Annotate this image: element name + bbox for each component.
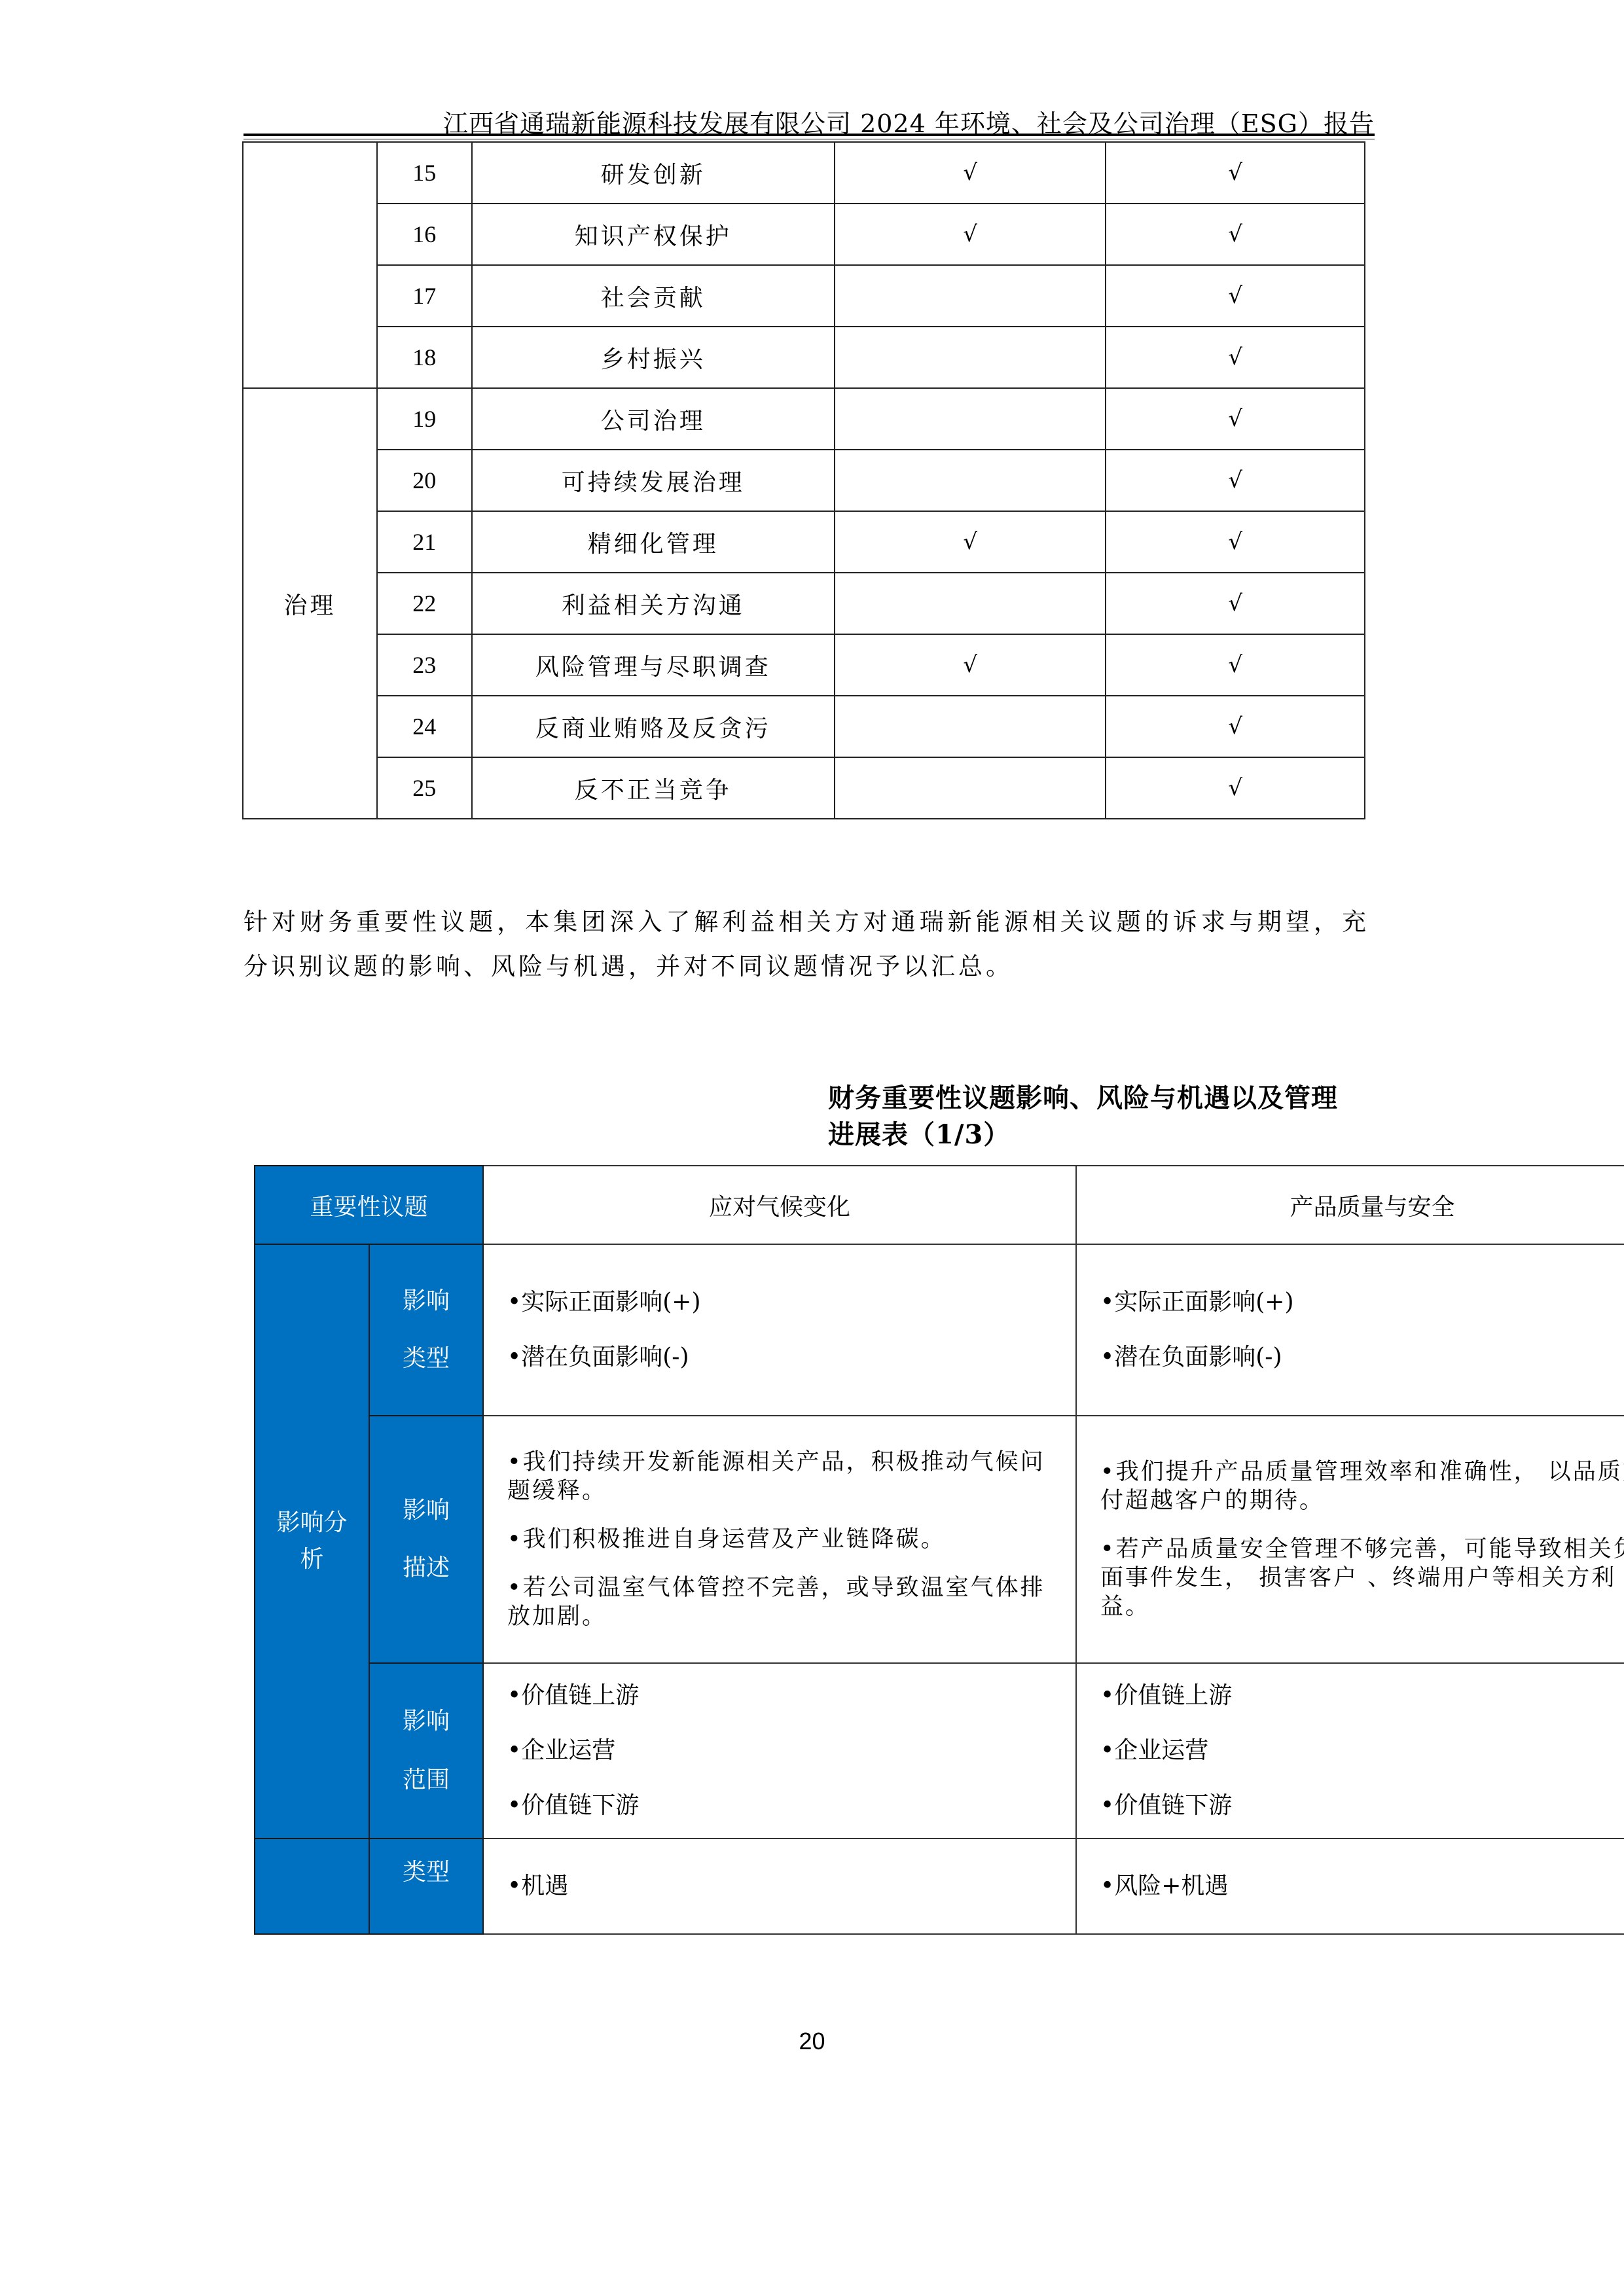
check-mark: √ [1106,142,1365,204]
topic-number: 24 [377,696,472,757]
check-mark [835,450,1106,511]
check-mark: √ [1106,204,1365,265]
table-row: 16 知识产权保护 √ √ [243,204,1365,265]
row-label-line: 影响 [370,1692,482,1751]
table-row: 24 反商业贿赂及反贪污 √ [243,696,1365,757]
bullet-item: •企业运营 [507,1736,1066,1765]
caption-line-1: 财务重要性议题影响、风险与机遇以及管理 [828,1080,1338,1117]
cell-climate-impact-description: •我们持续开发新能源相关产品，积极推动气候问题缓释。 •我们积极推进自身运营及产… [483,1416,1076,1663]
check-mark: √ [1106,511,1365,573]
table-row: 22 利益相关方沟通 √ [243,573,1365,634]
page-number: 20 [0,2028,1624,2055]
row-label-line: 影响 [370,1482,482,1539]
caption-line-2: 进展表（1/3） [828,1117,1338,1153]
topic-number: 23 [377,634,472,696]
table-row-type: 类型 •机遇 •风险+机遇 [255,1839,1624,1934]
topic-number: 20 [377,450,472,511]
topic-name: 知识产权保护 [472,204,835,265]
topic-number: 16 [377,204,472,265]
group-label-impact-analysis: 影响分析 [255,1244,369,1839]
topic-name: 社会贡献 [472,265,835,327]
row-label-type: 类型 [369,1839,483,1934]
body-paragraph: 针对财务重要性议题，本集团深入了解利益相关方对通瑞新能源相关议题的诉求与期望，充… [244,900,1369,989]
bullet-item: •风险+机遇 [1100,1872,1624,1901]
check-mark: √ [1106,450,1365,511]
cell-quality-type: •风险+机遇 [1076,1839,1624,1934]
check-mark: √ [1106,634,1365,696]
topic-number: 22 [377,573,472,634]
table-row: 20 可持续发展治理 √ [243,450,1365,511]
category-cell-governance: 治理 [243,388,377,819]
check-mark: √ [1106,327,1365,388]
topic-name: 反不正当竞争 [472,757,835,819]
bullet-item: •实际正面影响(+) [1100,1288,1624,1317]
table-row: 25 反不正当竞争 √ [243,757,1365,819]
check-mark [835,265,1106,327]
check-mark: √ [1106,573,1365,634]
table-row: 治理 19 公司治理 √ [243,388,1365,450]
header-label: 重要性议题 [255,1166,483,1244]
bullet-item: •实际正面影响(+) [507,1288,1066,1317]
topic-name: 公司治理 [472,388,835,450]
table-row: 18 乡村振兴 √ [243,327,1365,388]
check-mark: √ [1106,388,1365,450]
bullet-item: •价值链下游 [1100,1791,1624,1820]
bullet-item: •价值链上游 [1100,1681,1624,1710]
header-rule-thin [244,139,1375,139]
row-label-impact-scope: 影响 范围 [369,1663,483,1839]
check-mark [835,327,1106,388]
check-mark [835,696,1106,757]
row-label-impact-description: 影响 描述 [369,1416,483,1663]
bullet-item: •机遇 [507,1872,1066,1901]
topic-name: 研发创新 [472,142,835,204]
bullet-item: •潜在负面影响(-) [1100,1343,1624,1372]
category-cell-social [243,142,377,388]
table-row-impact-type: 影响分析 影响 类型 •实际正面影响(+) •潜在负面影响(-) •实际正面影响… [255,1244,1624,1416]
topic-number: 25 [377,757,472,819]
table-caption: 财务重要性议题影响、风险与机遇以及管理 进展表（1/3） [828,1080,1338,1153]
cell-quality-impact-type: •实际正面影响(+) •潜在负面影响(-) [1076,1244,1624,1416]
check-mark: √ [1106,265,1365,327]
topic-number: 18 [377,327,472,388]
bullet-item: •价值链上游 [507,1681,1066,1710]
topic-name: 精细化管理 [472,511,835,573]
topic-name: 利益相关方沟通 [472,573,835,634]
column-header-quality: 产品质量与安全 [1076,1166,1624,1244]
row-label-line: 范围 [370,1751,482,1810]
cell-quality-impact-description: •我们提升产品质量管理效率和准确性， 以品质交付超越客户的期待。 •若产品质量安… [1076,1416,1624,1663]
header-row: 重要性议题 应对气候变化 产品质量与安全 [255,1166,1624,1244]
cell-climate-type: •机遇 [483,1839,1076,1934]
material-topics-table: 15 研发创新 √ √ 16 知识产权保护 √ √ 17 社会贡献 √ 18 乡… [242,141,1365,819]
financial-materiality-table: 重要性议题 应对气候变化 产品质量与安全 影响分析 影响 类型 •实际正面影响(… [254,1165,1624,1935]
check-mark: √ [1106,757,1365,819]
table-row: 17 社会贡献 √ [243,265,1365,327]
bullet-item: •我们积极推进自身运营及产业链降碳。 [507,1525,1066,1554]
column-header-climate: 应对气候变化 [483,1166,1076,1244]
topic-number: 19 [377,388,472,450]
row-label-line: 描述 [370,1539,482,1597]
row-label-line: 类型 [370,1330,482,1388]
topic-name: 风险管理与尽职调查 [472,634,835,696]
bullet-item: •我们持续开发新能源相关产品，积极推动气候问题缓释。 [507,1448,1066,1505]
check-mark [835,573,1106,634]
topic-number: 15 [377,142,472,204]
topic-name: 乡村振兴 [472,327,835,388]
cell-climate-impact-type: •实际正面影响(+) •潜在负面影响(-) [483,1244,1076,1416]
group-label-empty [255,1839,369,1934]
check-mark [835,757,1106,819]
check-mark: √ [1106,696,1365,757]
table-row: 23 风险管理与尽职调查 √ √ [243,634,1365,696]
check-mark: √ [835,511,1106,573]
topic-number: 17 [377,265,472,327]
table-row-impact-scope: 影响 范围 •价值链上游 •企业运营 •价值链下游 •价值链上游 •企业运营 •… [255,1663,1624,1839]
topic-name: 反商业贿赂及反贪污 [472,696,835,757]
topic-number: 21 [377,511,472,573]
table-row-impact-description: 影响 描述 •我们持续开发新能源相关产品，积极推动气候问题缓释。 •我们积极推进… [255,1416,1624,1663]
bullet-item: •潜在负面影响(-) [507,1343,1066,1372]
check-mark [835,388,1106,450]
bullet-item: •若公司温室气体管控不完善，或导致温室气体排放加剧。 [507,1573,1066,1631]
check-mark: √ [835,634,1106,696]
bullet-item: •企业运营 [1100,1736,1624,1765]
bullet-item: •若产品质量安全管理不够完善，可能导致相关负面事件发生， 损害客户 、终端用户等… [1100,1535,1624,1621]
table-row: 15 研发创新 √ √ [243,142,1365,204]
header-rule [244,134,1375,136]
table-row: 21 精细化管理 √ √ [243,511,1365,573]
cell-quality-impact-scope: •价值链上游 •企业运营 •价值链下游 [1076,1663,1624,1839]
check-mark: √ [835,204,1106,265]
check-mark: √ [835,142,1106,204]
group-label: 影响分析 [276,1505,348,1578]
cell-climate-impact-scope: •价值链上游 •企业运营 •价值链下游 [483,1663,1076,1839]
topic-name: 可持续发展治理 [472,450,835,511]
bullet-item: •价值链下游 [507,1791,1066,1820]
bullet-item: •我们提升产品质量管理效率和准确性， 以品质交付超越客户的期待。 [1100,1458,1624,1515]
row-label-line: 影响 [370,1272,482,1330]
row-label-impact-type: 影响 类型 [369,1244,483,1416]
